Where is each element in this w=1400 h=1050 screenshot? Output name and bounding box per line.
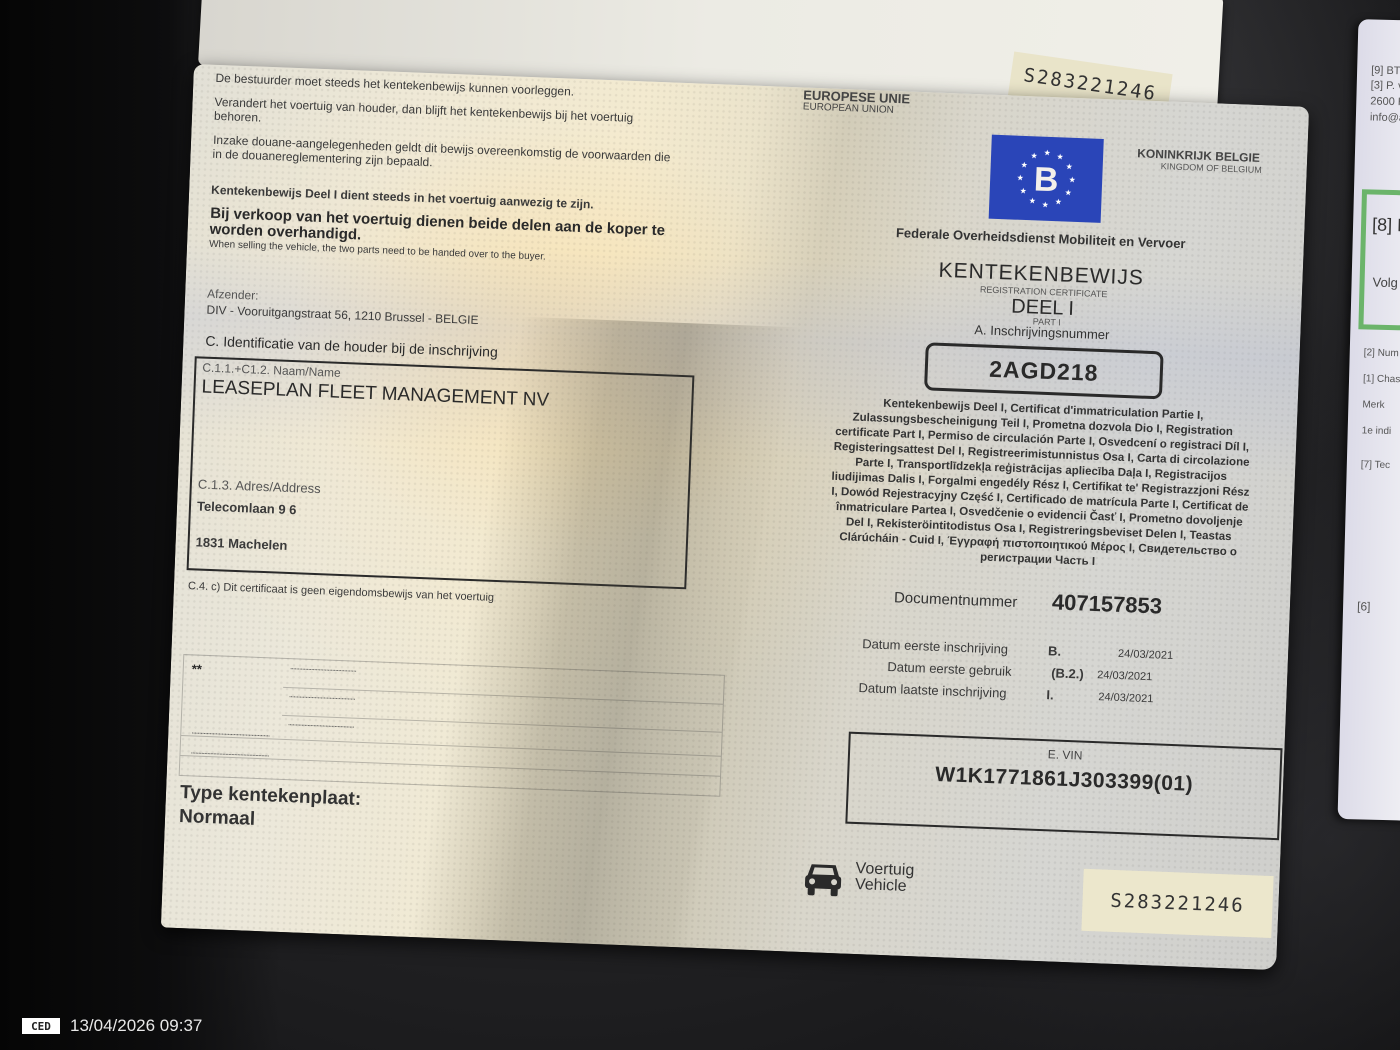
date-label: Datum eerste inschrijving xyxy=(862,636,1008,657)
holder-name: LEASEPLAN FLEET MANAGEMENT NV xyxy=(201,377,549,412)
authority: Federale Overheidsdienst Mobiliteit en V… xyxy=(896,225,1186,251)
registration-number: 2AGD218 xyxy=(924,342,1164,399)
right-card-line: [2] Num xyxy=(1364,347,1399,359)
right-card-line: 2600 H xyxy=(1370,95,1400,108)
ced-logo: CED xyxy=(22,1018,60,1034)
document-number-label: Documentnummer xyxy=(894,589,1018,611)
ownership-note: C.4. c) Dit certificaat is geen eigendom… xyxy=(188,580,495,604)
vehicle-en: Vehicle xyxy=(855,876,907,896)
date-value: 24/03/2021 xyxy=(1118,648,1173,662)
date-code: B. xyxy=(1048,643,1062,658)
right-card-line: Merk xyxy=(1362,399,1385,411)
intro-line: Verandert het voertuig van houder, dan b… xyxy=(214,95,633,125)
holder-section-title: C. Identificatie van de houder bij de in… xyxy=(205,333,498,360)
sale-notice-en: When selling the vehicle, the two parts … xyxy=(209,239,546,263)
eu-flag-icon: B xyxy=(989,135,1104,223)
car-icon xyxy=(802,860,844,903)
sender-address: DIV - Vooruitgangstraat 56, 1210 Brussel… xyxy=(206,303,478,327)
right-card-line: [9] BTC xyxy=(1371,64,1400,77)
right-card-line: 1e indi xyxy=(1362,425,1392,437)
intro-line: behoren. xyxy=(214,109,262,125)
right-card-line: [7] Tec xyxy=(1361,459,1391,471)
flag-letter: B xyxy=(1033,160,1059,199)
camera-watermark: CED 13/04/2026 09:37 xyxy=(22,1016,202,1036)
plate-type-value: Normaal xyxy=(179,806,256,831)
right-card-line: [1] Chas xyxy=(1363,373,1400,385)
green-box-title: [8] KE xyxy=(1372,215,1400,237)
date-code: (B.2.) xyxy=(1051,665,1084,681)
holder-box: C.1.1.+C1.2. Naam/Name LEASEPLAN FLEET M… xyxy=(187,356,695,589)
address-line2: 1831 Machelen xyxy=(195,534,287,553)
registration-certificate: De bestuurder moet steeds het kentekenbe… xyxy=(161,64,1309,970)
document-number: 407157853 xyxy=(1051,589,1162,619)
right-card-line: info@a xyxy=(1370,111,1400,124)
serial-number: S283221246 xyxy=(1081,869,1273,938)
sender-label: Afzender: xyxy=(207,287,259,303)
multilingual-names: Kentekenbewijs Deel I, Certificat d'imma… xyxy=(827,395,1253,576)
date-label: Datum eerste gebruik xyxy=(887,659,1012,679)
right-card-line: [6] xyxy=(1357,599,1371,613)
right-card-line: [3] P. va xyxy=(1371,79,1400,92)
date-value: 24/03/2021 xyxy=(1097,669,1152,683)
right-card-green-box: [8] KE Volg xyxy=(1358,189,1400,331)
blank-fields: ** .....................................… xyxy=(179,654,725,797)
stars-marker: ** xyxy=(191,661,202,676)
registration-label: A. Inschrijvingsnummer xyxy=(974,322,1110,342)
address-label: C.1.3. Adres/Address xyxy=(198,476,321,496)
vin-box: E. VIN W1K1771861J303399(01) xyxy=(845,732,1282,841)
date-label: Datum laatste inschrijving xyxy=(858,680,1007,701)
address-line1: Telecomlaan 9 6 xyxy=(197,498,297,517)
date-code: I. xyxy=(1046,687,1054,702)
timestamp: 13/04/2026 09:37 xyxy=(70,1016,202,1036)
eu-en: EUROPEAN UNION xyxy=(803,101,894,115)
green-box-sub: Volg xyxy=(1372,275,1398,291)
date-value: 24/03/2021 xyxy=(1098,691,1153,705)
